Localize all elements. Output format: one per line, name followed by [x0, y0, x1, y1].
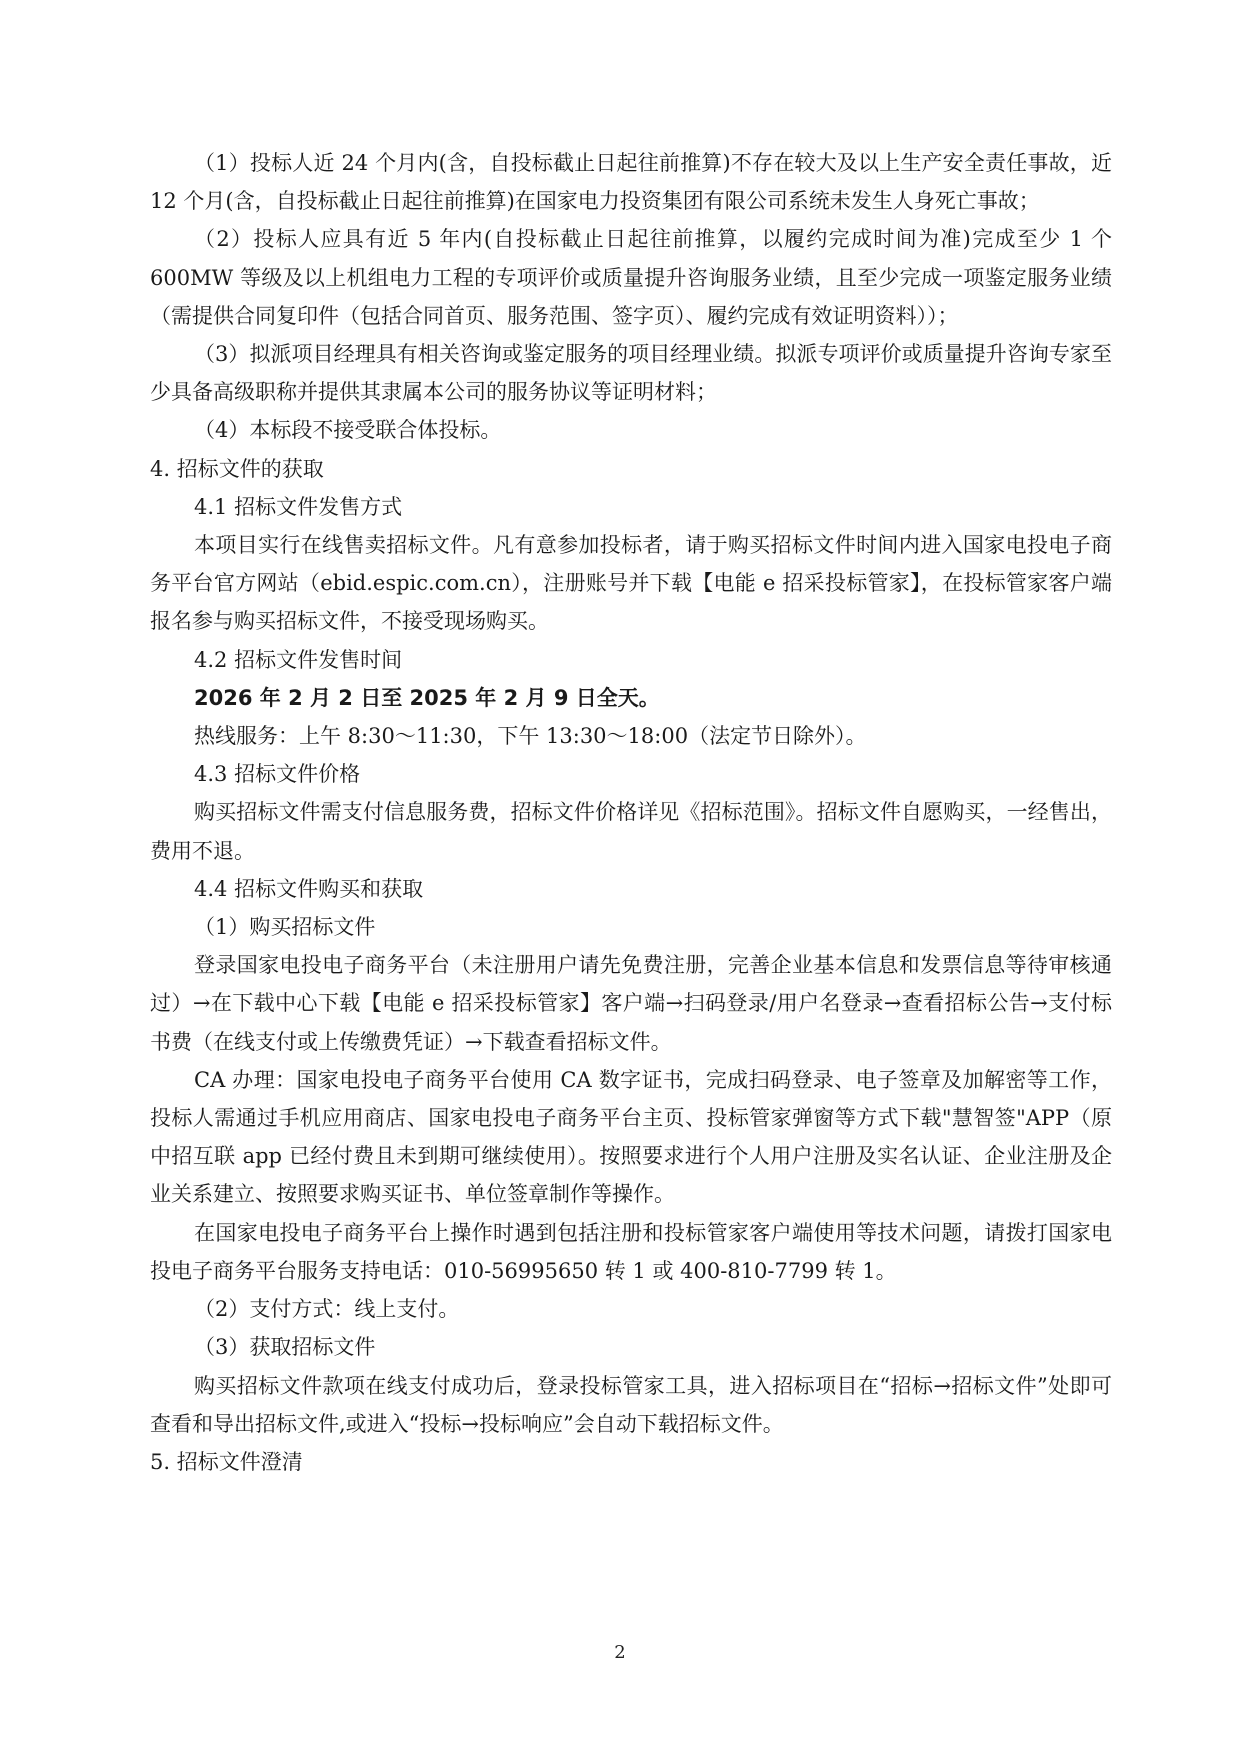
sale-period: 2026 年 2 月 2 日至 2025 年 2 月 9 日全天。 [150, 679, 1112, 717]
subheading-4-3: 4.3 招标文件价格 [150, 755, 1112, 793]
price-text: 购买招标文件需支付信息服务费，招标文件价格详见《招标范围》。招标文件自愿购买，一… [150, 793, 1112, 869]
support-phone-text: 在国家电投电子商务平台上操作时遇到包括注册和投标管家客户端使用等技术问题，请拨打… [150, 1214, 1112, 1290]
section-heading-4: 4. 招标文件的获取 [150, 450, 1112, 488]
page-number: 2 [0, 1642, 1240, 1663]
payment-method: （2）支付方式：线上支付。 [150, 1290, 1112, 1328]
obtain-docs-text: 购买招标文件款项在线支付成功后，登录投标管家工具，进入招标项目在“招标→招标文件… [150, 1367, 1112, 1443]
purchase-steps-text: 登录国家电投电子商务平台（未注册用户请先免费注册，完善企业基本信息和发票信息等待… [150, 946, 1112, 1061]
hotline-hours: 热线服务：上午 8:30～11:30，下午 13:30～18:00（法定节日除外… [150, 717, 1112, 755]
step-3-heading: （3）获取招标文件 [150, 1328, 1112, 1366]
section-heading-5: 5. 招标文件澄清 [150, 1443, 1112, 1481]
document-page: （1）投标人近 24 个月内(含，自投标截止日起往前推算)不存在较大及以上生产安… [150, 144, 1112, 1481]
ca-text: CA 办理：国家电投电子商务平台使用 CA 数字证书，完成扫码登录、电子签章及加… [150, 1061, 1112, 1214]
subheading-4-2: 4.2 招标文件发售时间 [150, 641, 1112, 679]
requirement-2: （2）投标人应具有近 5 年内(自投标截止日起往前推算，以履约完成时间为准)完成… [150, 220, 1112, 335]
requirement-3: （3）拟派项目经理具有相关咨询或鉴定服务的项目经理业绩。拟派专项评价或质量提升咨… [150, 335, 1112, 411]
subheading-4-1: 4.1 招标文件发售方式 [150, 488, 1112, 526]
requirement-1: （1）投标人近 24 个月内(含，自投标截止日起往前推算)不存在较大及以上生产安… [150, 144, 1112, 220]
step-1-heading: （1）购买招标文件 [150, 908, 1112, 946]
sale-method-text: 本项目实行在线售卖招标文件。凡有意参加投标者，请于购买招标文件时间内进入国家电投… [150, 526, 1112, 641]
subheading-4-4: 4.4 招标文件购买和获取 [150, 870, 1112, 908]
requirement-4: （4）本标段不接受联合体投标。 [150, 411, 1112, 449]
